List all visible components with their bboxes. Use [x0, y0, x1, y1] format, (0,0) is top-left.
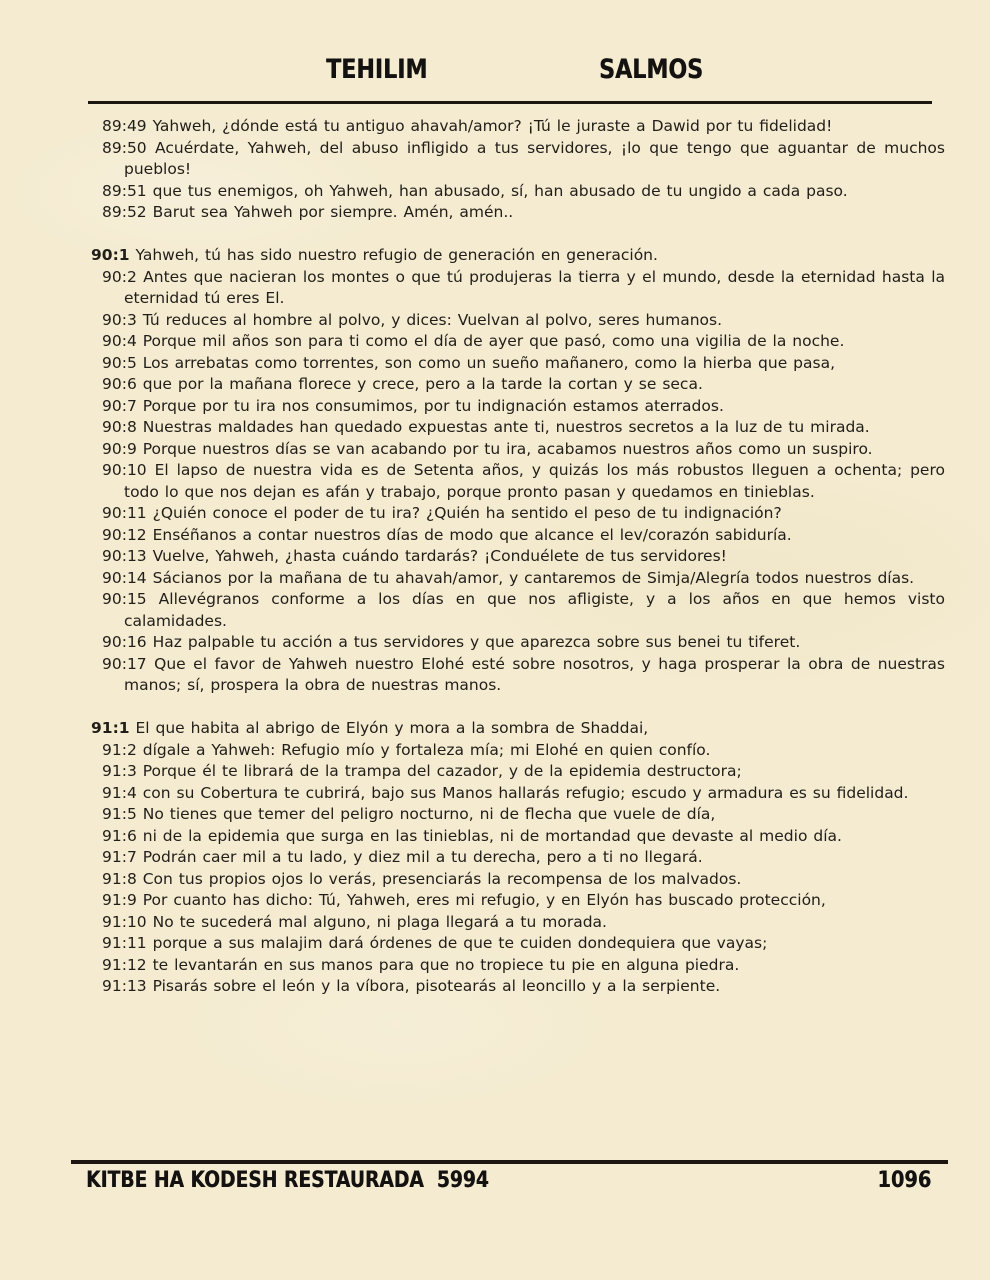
verse: 90:16 Haz palpable tu acción a tus servi… [102, 632, 945, 654]
verse-ref: 91:1 [91, 719, 130, 737]
verse: 91:4 con su Cobertura te cubrirá, bajo s… [102, 783, 945, 805]
verse-ref: 91:10 [102, 913, 147, 931]
verse-ref: 91:5 [102, 805, 137, 823]
verse-ref: 90:11 [102, 504, 147, 522]
verse: 89:52 Barut sea Yahweh por siempre. Amén… [102, 202, 945, 224]
verse-list: 89:49 Yahweh, ¿dónde está tu antiguo aha… [91, 116, 945, 998]
verse-ref: 91:9 [102, 891, 137, 909]
verse-ref: 90:2 [102, 268, 137, 286]
verse: 91:13 Pisarás sobre el león y la víbora,… [102, 976, 945, 998]
verse-ref: 90:12 [102, 526, 147, 544]
verse: 90:10 El lapso de nuestra vida es de Set… [102, 460, 945, 503]
verse: 90:14 Sácianos por la mañana de tu ahava… [102, 568, 945, 590]
verse: 90:7 Porque por tu ira nos consumimos, p… [102, 396, 945, 418]
verse-ref: 89:52 [102, 203, 147, 221]
verse-ref: 91:12 [102, 956, 147, 974]
verse-ref: 91:8 [102, 870, 137, 888]
verse-ref: 90:15 [102, 590, 147, 608]
verse: 89:49 Yahweh, ¿dónde está tu antiguo aha… [102, 116, 945, 138]
verse: 90:9 Porque nuestros días se van acaband… [102, 439, 945, 461]
verse: 89:50 Acuérdate, Yahweh, del abuso infli… [102, 138, 945, 181]
header-rule [88, 101, 932, 104]
verse-ref: 91:11 [102, 934, 147, 952]
verse: 91:9 Por cuanto has dicho: Tú, Yahweh, e… [102, 890, 945, 912]
verse: 91:8 Con tus propios ojos lo verás, pres… [102, 869, 945, 891]
verse: 90:4 Porque mil años son para ti como el… [102, 331, 945, 353]
verse-ref: 90:1 [91, 246, 130, 264]
verse: 91:12 te levantarán en sus manos para qu… [102, 955, 945, 977]
verse: 91:11 porque a sus malajim dará órdenes … [102, 933, 945, 955]
footer-rule [71, 1160, 948, 1164]
footer-book-label: KITBE HA KODESH RESTAURADA 5994 [86, 1169, 489, 1193]
running-title-hebrew: TEHILIM [326, 56, 427, 83]
verse: 90:8 Nuestras maldades han quedado expue… [102, 417, 945, 439]
verse-ref: 90:5 [102, 354, 137, 372]
running-title-spanish: SALMOS [599, 56, 703, 83]
verse: 91:5 No tienes que temer del peligro noc… [102, 804, 945, 826]
verse: 91:6 ni de la epidemia que surga en las … [102, 826, 945, 848]
verse: 89:51 que tus enemigos, oh Yahweh, han a… [102, 181, 945, 203]
verse-ref: 90:16 [102, 633, 147, 651]
verse-ref: 91:6 [102, 827, 137, 845]
verse-ref: 90:6 [102, 375, 137, 393]
verse: 90:12 Enséñanos a contar nuestros días d… [102, 525, 945, 547]
verse: 90:11 ¿Quién conoce el poder de tu ira? … [102, 503, 945, 525]
verse: 91:10 No te sucederá mal alguno, ni plag… [102, 912, 945, 934]
verse-ref: 90:8 [102, 418, 137, 436]
verse: 90:17 Que el favor de Yahweh nuestro Elo… [102, 654, 945, 697]
verse-ref: 90:13 [102, 547, 147, 565]
verse-ref: 89:51 [102, 182, 147, 200]
verse-ref: 89:50 [102, 139, 147, 157]
verse: 90:13 Vuelve, Yahweh, ¿hasta cuándo tard… [102, 546, 945, 568]
verse-ref: 90:14 [102, 569, 147, 587]
verse: 90:2 Antes que nacieran los montes o que… [102, 267, 945, 310]
verse: 90:3 Tú reduces al hombre al polvo, y di… [102, 310, 945, 332]
verse-ref: 91:3 [102, 762, 137, 780]
verse-ref: 91:2 [102, 741, 137, 759]
verse-ref: 90:3 [102, 311, 137, 329]
verse-ref: 90:10 [102, 461, 147, 479]
footer-page-number: 1096 [877, 1169, 931, 1193]
verse: 90:6 que por la mañana florece y crece, … [102, 374, 945, 396]
verse-ref: 91:7 [102, 848, 137, 866]
verse: 91:7 Podrán caer mil a tu lado, y diez m… [102, 847, 945, 869]
chapter-start-verse: 90:1 Yahweh, tú has sido nuestro refugio… [91, 245, 945, 267]
verse-ref: 91:13 [102, 977, 147, 995]
verse-ref: 89:49 [102, 117, 147, 135]
document-page: TEHILIM SALMOS 89:49 Yahweh, ¿dónde está… [0, 0, 990, 1280]
verse-ref: 90:4 [102, 332, 137, 350]
verse: 91:3 Porque él te librará de la trampa d… [102, 761, 945, 783]
chapter-start-verse: 91:1 El que habita al abrigo de Elyón y … [91, 718, 945, 740]
verse-ref: 90:7 [102, 397, 137, 415]
verse: 90:15 Allevégranos conforme a los días e… [102, 589, 945, 632]
verse: 90:5 Los arrebatas como torrentes, son c… [102, 353, 945, 375]
verse-ref: 90:9 [102, 440, 137, 458]
verse: 91:2 dígale a Yahweh: Refugio mío y fort… [102, 740, 945, 762]
verse-ref: 90:17 [102, 655, 147, 673]
verse-ref: 91:4 [102, 784, 137, 802]
